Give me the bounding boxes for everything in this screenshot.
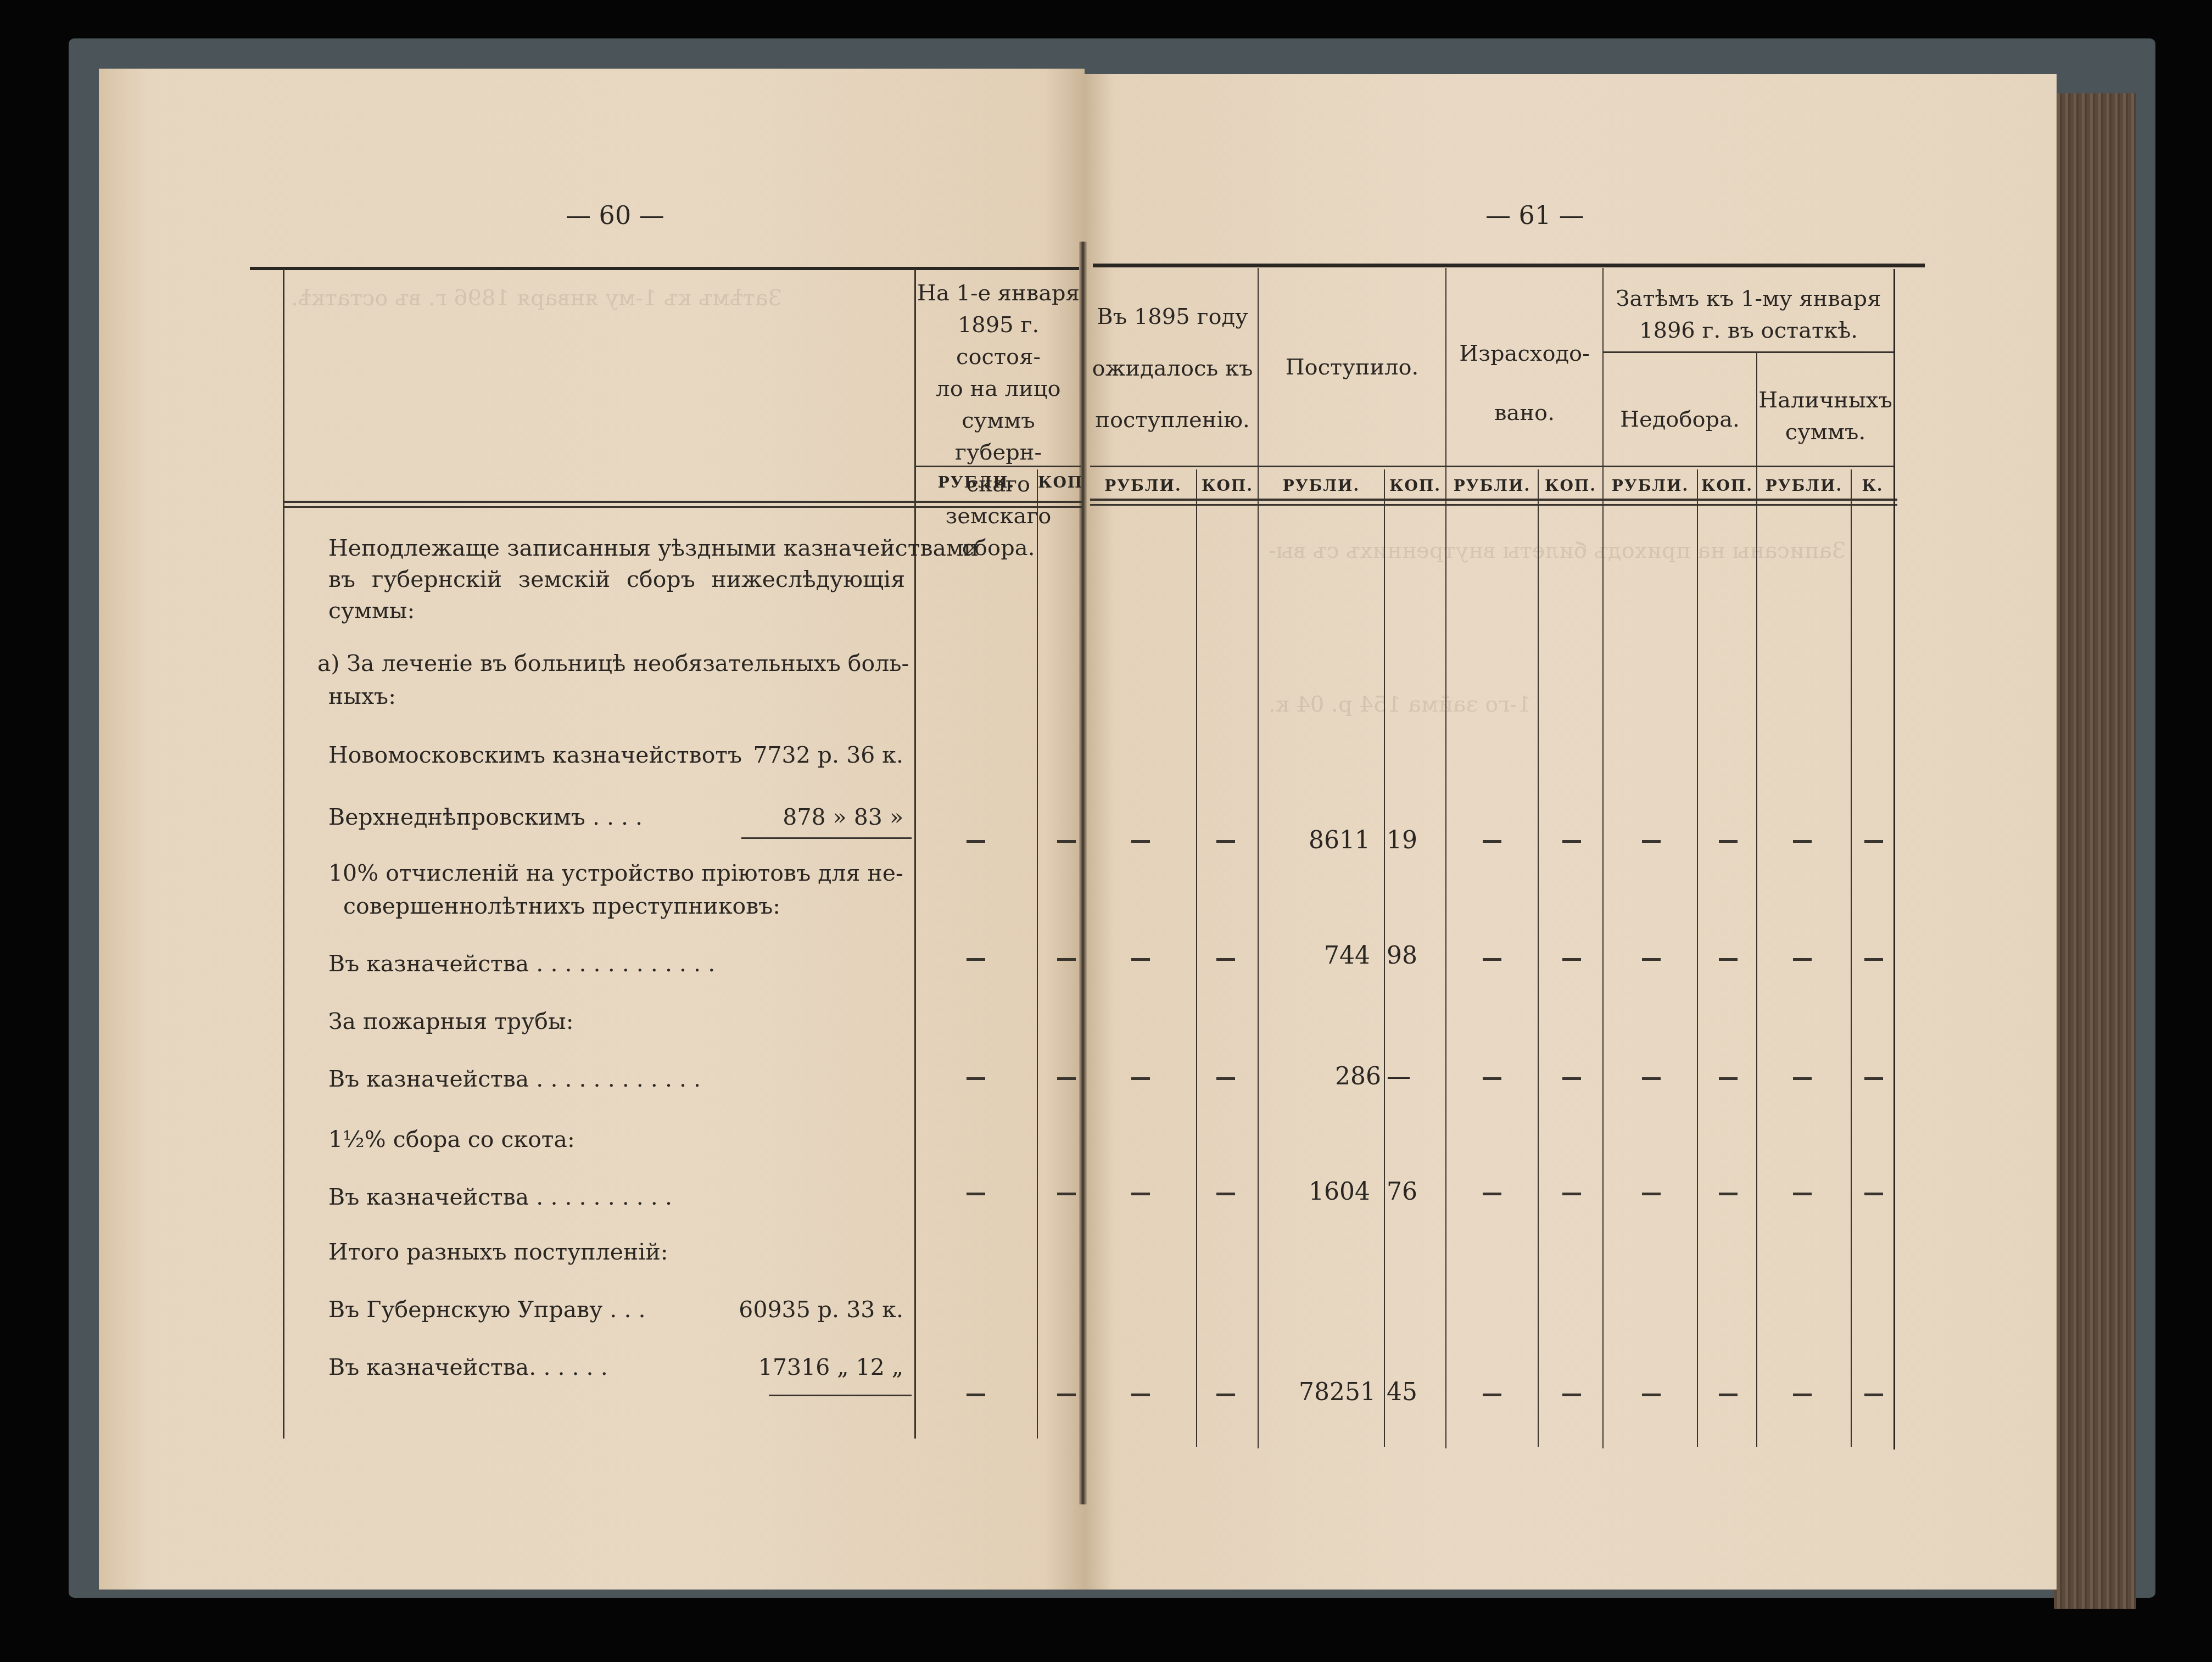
empty-cell-dash bbox=[967, 958, 985, 961]
empty-cell-dash bbox=[1793, 958, 1812, 961]
unit-rub: РУБЛИ. bbox=[916, 473, 1037, 491]
empty-cell-dash bbox=[1131, 840, 1150, 843]
unit-kop: КОП. bbox=[1385, 477, 1445, 495]
unit-kop: КОП. bbox=[1539, 477, 1602, 495]
empty-cell-dash bbox=[1483, 958, 1501, 961]
column-divider bbox=[1384, 469, 1385, 1447]
header-line: поступленію. bbox=[1090, 394, 1255, 446]
header-line: Въ 1895 году bbox=[1090, 291, 1255, 343]
empty-cell-dash bbox=[967, 1193, 985, 1195]
header-double-rule bbox=[1090, 504, 1897, 506]
header-line: вано. bbox=[1446, 383, 1602, 443]
header-double-rule bbox=[1090, 499, 1897, 501]
header-line: На 1-е января bbox=[916, 277, 1081, 309]
empty-cell-dash bbox=[1642, 1193, 1661, 1195]
sum-rule bbox=[741, 837, 912, 839]
empty-cell-dash bbox=[1642, 1394, 1661, 1396]
column-divider bbox=[1258, 268, 1259, 1448]
empty-cell-dash bbox=[1562, 1193, 1581, 1195]
section-a-line: а) За леченіе въ больницѣ необязательных… bbox=[317, 647, 909, 681]
empty-cell-dash bbox=[1483, 840, 1501, 843]
sum-rule bbox=[769, 1395, 912, 1396]
total-heading: Итого разныхъ поступленій: bbox=[328, 1235, 668, 1269]
received-rub: 286 bbox=[1260, 1062, 1381, 1090]
header-spent: Израсходо- вано. bbox=[1446, 324, 1602, 443]
table-right-border bbox=[1893, 269, 1895, 1450]
column-divider bbox=[1697, 469, 1698, 1447]
empty-cell-dash bbox=[1864, 1394, 1883, 1396]
received-kop: 45 bbox=[1387, 1378, 1431, 1406]
unit-kop: КОП. bbox=[1038, 473, 1082, 491]
empty-cell-dash bbox=[1057, 840, 1076, 843]
header-line: 1895 г. состоя- bbox=[916, 309, 1081, 373]
table-top-rule-right bbox=[1093, 264, 1925, 267]
header-remaining: Затѣмъ къ 1-му января 1896 г. въ остаткѣ… bbox=[1604, 283, 1893, 346]
empty-cell-dash bbox=[1216, 958, 1235, 961]
total-item-label: Въ казначейства. . . . . . bbox=[328, 1351, 608, 1385]
total-item-amount: 17316 „ 12 „ bbox=[714, 1351, 903, 1385]
section-a-line: ныхъ: bbox=[328, 680, 396, 714]
empty-cell-dash bbox=[1216, 840, 1235, 843]
empty-cell-dash bbox=[1562, 1394, 1581, 1396]
section-10-item: Въ казначейства . . . . . . . . . . . . … bbox=[328, 947, 715, 981]
received-kop: — bbox=[1387, 1062, 1431, 1090]
empty-cell-dash bbox=[1483, 1394, 1501, 1396]
subheader-rule bbox=[1090, 466, 1895, 467]
empty-cell-dash bbox=[1483, 1077, 1501, 1080]
a-item-label: Верхнеднѣпровскимъ . . . . bbox=[328, 801, 643, 835]
empty-cell-dash bbox=[1864, 958, 1883, 961]
header-arrears: Недобора. bbox=[1604, 404, 1756, 435]
header-line: 1896 г. въ остаткѣ. bbox=[1604, 315, 1893, 346]
total-item-amount: 60935 р. 33 к. bbox=[714, 1293, 903, 1327]
unit-kop: КОП. bbox=[1197, 477, 1258, 495]
intro-line: Неподлежаще записанныя уѣздными казначей… bbox=[328, 531, 979, 566]
empty-cell-dash bbox=[1057, 1394, 1076, 1396]
empty-cell-dash bbox=[1793, 1077, 1812, 1080]
empty-cell-dash bbox=[1793, 1394, 1812, 1396]
unit-rub: РУБЛИ. bbox=[1446, 477, 1538, 495]
empty-cell-dash bbox=[1562, 958, 1581, 961]
a-item-amount: 7732 р. 36 к. bbox=[736, 738, 903, 773]
column-divider bbox=[1538, 469, 1539, 1447]
column-divider bbox=[1756, 351, 1757, 1447]
header-received: Поступило. bbox=[1259, 351, 1445, 383]
header-line: ло на лицо bbox=[916, 373, 1081, 405]
empty-cell-dash bbox=[1719, 958, 1738, 961]
received-kop: 98 bbox=[1387, 942, 1431, 970]
a-item-amount: 878 » 83 » bbox=[736, 801, 903, 835]
unit-kop: КОП. bbox=[1698, 477, 1756, 495]
section-cattle-item: Въ казначейства . . . . . . . . . . bbox=[328, 1180, 672, 1215]
column-divider bbox=[1851, 469, 1852, 1447]
unit-rub: РУБЛИ. bbox=[1757, 477, 1851, 495]
empty-cell-dash bbox=[1562, 840, 1581, 843]
section-fire-item: Въ казначейства . . . . . . . . . . . . bbox=[328, 1062, 701, 1096]
empty-cell-dash bbox=[967, 1077, 985, 1080]
received-rub: 78251 bbox=[1260, 1378, 1376, 1406]
empty-cell-dash bbox=[1642, 1077, 1661, 1080]
header-line: Израсходо- bbox=[1446, 324, 1602, 383]
table-top-rule-left bbox=[250, 267, 1079, 270]
page-number-left: — 60 — bbox=[566, 200, 664, 230]
header-line: ожидалось къ bbox=[1090, 343, 1255, 394]
column-divider bbox=[1602, 268, 1604, 1448]
empty-cell-dash bbox=[1483, 1193, 1501, 1195]
empty-cell-dash bbox=[1642, 840, 1661, 843]
bleed-through: Записаны на приходъ билеты внутреннихъ с… bbox=[1269, 538, 1846, 563]
empty-cell-dash bbox=[1719, 1193, 1738, 1195]
bleed-through: 1-го займа 154 р. 04 к. bbox=[1269, 692, 1531, 717]
page-edges bbox=[2054, 93, 2136, 1609]
column-divider bbox=[1445, 268, 1446, 1448]
empty-cell-dash bbox=[1057, 1193, 1076, 1195]
empty-cell-dash bbox=[1864, 1193, 1883, 1195]
received-rub: 8611 bbox=[1260, 826, 1370, 854]
section-10-line: совершеннолѣтнихъ преступниковъ: bbox=[343, 889, 780, 924]
empty-cell-dash bbox=[1216, 1077, 1235, 1080]
received-kop: 76 bbox=[1387, 1178, 1431, 1206]
empty-cell-dash bbox=[1131, 1193, 1150, 1195]
column-divider bbox=[1196, 469, 1197, 1447]
empty-cell-dash bbox=[967, 840, 985, 843]
header-expected: Въ 1895 году ожидалось къ поступленію. bbox=[1090, 291, 1255, 446]
section-cattle: 1½% сбора со скота: bbox=[328, 1123, 575, 1157]
empty-cell-dash bbox=[967, 1394, 985, 1396]
header-cash: Наличныхъ суммъ. bbox=[1757, 384, 1893, 448]
section-fire: За пожарныя трубы: bbox=[328, 1005, 573, 1039]
header-line: Наличныхъ bbox=[1757, 384, 1893, 416]
unit-rub: РУБЛИ. bbox=[1604, 477, 1697, 495]
header-line: суммъ губерн- bbox=[916, 405, 1081, 468]
remaining-group-rule bbox=[1604, 351, 1895, 353]
empty-cell-dash bbox=[1131, 1077, 1150, 1080]
intro-line: суммы: bbox=[328, 594, 415, 628]
empty-cell-dash bbox=[1216, 1193, 1235, 1195]
page-number-right: — 61 — bbox=[1485, 200, 1584, 230]
empty-cell-dash bbox=[1057, 1077, 1076, 1080]
unit-rub: РУБЛИ. bbox=[1259, 477, 1384, 495]
empty-cell-dash bbox=[1864, 1077, 1883, 1080]
table-left-border bbox=[283, 269, 284, 1439]
column-divider bbox=[1037, 469, 1038, 1439]
empty-cell-dash bbox=[1131, 1394, 1150, 1396]
unit-kop-short: К. bbox=[1852, 477, 1893, 495]
received-rub: 1604 bbox=[1260, 1178, 1370, 1206]
empty-cell-dash bbox=[1719, 1394, 1738, 1396]
empty-cell-dash bbox=[1057, 958, 1076, 961]
received-kop: 19 bbox=[1387, 826, 1431, 854]
empty-cell-dash bbox=[1719, 1077, 1738, 1080]
empty-cell-dash bbox=[1719, 840, 1738, 843]
empty-cell-dash bbox=[1793, 840, 1812, 843]
header-line: Затѣмъ къ 1-му января bbox=[1604, 283, 1893, 315]
header-line: суммъ. bbox=[1757, 416, 1893, 448]
header-start-balance: На 1-е января 1895 г. состоя- ло на лицо… bbox=[916, 277, 1081, 564]
empty-cell-dash bbox=[1864, 840, 1883, 843]
section-10-line: 10% отчисленій на устройство пріютовъ дл… bbox=[328, 857, 903, 891]
total-item-label: Въ Губернскую Управу . . . bbox=[328, 1293, 646, 1327]
received-rub: 744 bbox=[1260, 942, 1370, 970]
a-item-label: Новомосковскимъ казначействотъ bbox=[328, 738, 742, 773]
empty-cell-dash bbox=[1642, 958, 1661, 961]
empty-cell-dash bbox=[1216, 1394, 1235, 1396]
bleed-through: Затѣмъ къ 1-му января 1896 г. въ остаткѣ… bbox=[291, 286, 782, 311]
intro-line: въ губернскій земскій сборъ нижеслѣдующі… bbox=[328, 563, 905, 597]
empty-cell-dash bbox=[1793, 1193, 1812, 1195]
empty-cell-dash bbox=[1131, 958, 1150, 961]
empty-cell-dash bbox=[1562, 1077, 1581, 1080]
unit-rub: РУБЛИ. bbox=[1090, 477, 1196, 495]
